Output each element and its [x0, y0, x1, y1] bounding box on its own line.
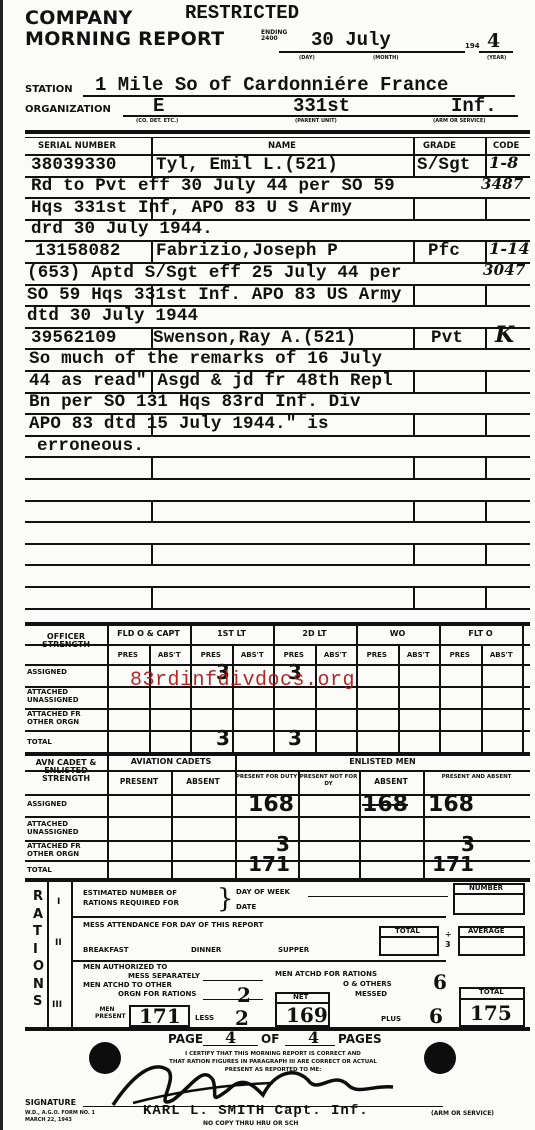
average-box-divider: [458, 936, 525, 938]
officer-grid-divider: [315, 644, 317, 752]
table-col-divider: [413, 586, 415, 608]
brace-icon: }: [217, 884, 234, 914]
atchd-other-line: [203, 999, 263, 1000]
entry-2-grade: Pfc: [428, 241, 460, 261]
men-present-value: 171: [139, 1004, 181, 1028]
enlisted-col-header: PRESENT FOR DUTY: [235, 774, 298, 781]
entry-3-remark-2: 44 as read" Asgd & jd fr 48th Repl: [29, 371, 393, 391]
entry-2-remark-2: SO 59 Hqs 331st Inf. APO 83 US Army: [27, 285, 402, 305]
table-row-rule: [25, 456, 530, 458]
enlisted-grid-rule: [25, 770, 530, 772]
officer-subcol-header: PRES: [356, 651, 398, 659]
col-code: CODE: [493, 141, 519, 151]
entry-1-grade: S/Sgt: [417, 155, 471, 175]
ending-label: ENDING 2400: [261, 30, 287, 42]
copy-note: NO COPY THRU HRU OR SCH: [203, 1120, 298, 1127]
signature-label: SIGNATURE: [25, 1098, 76, 1107]
officer-total-1stlt-pres: 3: [213, 726, 233, 750]
enlisted-assigned-absent-struck: 168: [355, 792, 415, 817]
aviation-cadets-header: AVIATION CADETS: [107, 758, 235, 766]
col-divider-3: [485, 137, 487, 155]
year-underline: [479, 51, 513, 53]
enlisted-col-header: PRESENT AND ABSENT: [423, 774, 530, 781]
number-box-divider: [453, 893, 525, 895]
table-col-divider: [413, 413, 415, 435]
rations-rule-1: [71, 916, 446, 918]
enlisted-strength-top-rule: [25, 752, 530, 756]
year-value: 4: [487, 30, 500, 52]
form-title-line2: MORNING REPORT: [25, 29, 224, 50]
caption-co: (CO. DET. ETC.): [136, 118, 178, 124]
enlisted-grid-divider: [359, 770, 361, 878]
officer-row-label: ASSIGNED: [27, 668, 105, 676]
atchd-other-label-line1: MEN ATCHD TO OTHER: [83, 981, 172, 989]
breakfast-label: BREAKFAST: [83, 946, 129, 954]
table-row-rule: [25, 500, 530, 502]
entry-1-serial: 38039330: [31, 155, 117, 175]
table-col-divider: [413, 500, 415, 522]
entry-1-remark-1: Rd to Pvt eff 30 July 44 per SO 59: [31, 176, 395, 196]
dinner-label: DINNER: [191, 946, 221, 954]
table-col-divider: [485, 370, 487, 392]
rations-section-1: I: [57, 897, 60, 907]
enlisted-grid-divider: [235, 754, 237, 878]
rations-bottom-rule: [25, 1027, 530, 1031]
table-col-divider: [151, 500, 153, 522]
table-col-divider: [485, 543, 487, 565]
officer-row-label: ATTACHED UNASSIGNED: [27, 688, 105, 704]
morning-report-page: COMPANY MORNING REPORT RESTRICTED ENDING…: [0, 0, 535, 1130]
grand-total-value: 175: [470, 1001, 512, 1025]
est-rations-line1: ESTIMATED NUMBER OF: [83, 888, 179, 898]
entry-1-remark-3: drd 30 July 1944.: [31, 219, 213, 239]
enlisted-grid-divider: [171, 770, 173, 878]
plus-value: 6: [429, 1004, 443, 1028]
table-col-divider: [485, 197, 487, 219]
entry-1-remark-code: 3487: [481, 175, 524, 193]
entry-3-remark-5: erroneous.: [37, 436, 144, 456]
caption-arm: (ARM OR SERVICE): [433, 118, 486, 124]
caption-parent: (PARENT UNIT): [295, 118, 337, 124]
est-rations-label: ESTIMATED NUMBER OF RATIONS REQUIRED FOR: [83, 888, 179, 908]
table-col-divider: [413, 370, 415, 392]
rations-rule-2: [71, 960, 446, 962]
authorized-label-line2: MESS SEPARATELY: [128, 972, 200, 980]
day-of-week-label: DAY OF WEEK: [236, 888, 290, 896]
entry-2-name: Fabrizio,Joseph P: [156, 241, 338, 261]
pages-underline: [285, 1045, 335, 1046]
entry-3-code: K: [495, 322, 514, 348]
officer-subcol-header: PRES: [439, 651, 481, 659]
table-top-rule-2: [25, 137, 530, 138]
table-row-rule: [25, 608, 530, 610]
atchd-other-label-line2: ORGN FOR RATIONS: [118, 990, 196, 998]
table-col-divider: [413, 240, 415, 262]
enlisted-row-label: ATTACHED FR OTHER ORGN: [27, 842, 105, 858]
average-label: AVERAGE: [468, 927, 504, 935]
table-col-divider: [485, 284, 487, 306]
entry-2-remark-1: (653) Aptd S/Sgt eff 25 July 44 per: [27, 263, 402, 283]
mess-attendance-label: MESS ATTENDANCE FOR DAY OF THIS REPORT: [83, 921, 263, 929]
plus-label: PLUS: [381, 1015, 401, 1023]
binder-hole-right: [424, 1042, 456, 1074]
entry-3-grade: Pvt: [431, 328, 463, 348]
number-label: NUMBER: [469, 884, 503, 892]
atchd-for-rations-value: 6: [433, 970, 447, 994]
enlisted-col-header: PRESENT NOT FOR DY: [298, 774, 359, 788]
entry-3-remark-4: APO 83 dtd 15 July 1944." is: [29, 414, 329, 434]
atchd-for-rations-line3: MESSED: [355, 990, 387, 998]
table-row-rule: [25, 564, 530, 566]
officer-subcol-header: PRES: [107, 651, 149, 659]
station-value: 1 Mile So of Cardonniére France: [95, 74, 448, 96]
officer-subcol-header: ABS'T: [149, 651, 191, 659]
rations-section-divider: [71, 880, 73, 1028]
date-underline: [279, 51, 465, 53]
table-col-divider: [485, 456, 487, 478]
table-col-divider: [413, 456, 415, 478]
entry-1-name: Tyl, Emil L.(521): [156, 155, 338, 175]
table-col-divider: [413, 197, 415, 219]
entry-1-code: 1-8: [489, 153, 519, 172]
entry-2-remark-code: 3047: [483, 261, 526, 279]
grand-total-box-divider: [459, 998, 525, 1000]
form-caption: W.D., A.G.O. FORM NO. 1 MARCH 22, 1943: [25, 1110, 95, 1124]
officer-grid-divider: [107, 626, 109, 752]
classification-label: RESTRICTED: [185, 2, 299, 24]
officer-subcol-header: PRES: [190, 651, 232, 659]
table-col-divider: [413, 284, 415, 306]
authorized-line: [203, 980, 263, 981]
officer-group-header: 1ST LT: [190, 630, 273, 638]
officer-group-header: 2D LT: [273, 630, 356, 638]
date-label: DATE: [236, 903, 256, 911]
col-serial-number: SERIAL NUMBER: [38, 141, 116, 151]
enlisted-men-header: ENLISTED MEN: [235, 758, 530, 766]
officer-grid-divider: [439, 626, 441, 752]
enlisted-row-label: TOTAL: [27, 866, 105, 874]
enlisted-col-header: ABSENT: [359, 778, 423, 785]
rations-section-2: II: [55, 938, 62, 948]
table-row-rule: [25, 478, 530, 480]
est-rations-line2: RATIONS REQUIRED FOR: [83, 898, 179, 908]
col-name: NAME: [268, 141, 296, 151]
enlisted-assigned-present-duty-value: 168: [248, 792, 294, 817]
table-col-divider: [485, 240, 487, 262]
mess-total-label: TOTAL: [395, 927, 420, 935]
page-label: PAGE: [168, 1032, 203, 1046]
mess-total-box-divider: [379, 936, 439, 938]
entry-2-serial: 13158082: [35, 241, 121, 261]
organization-arm: Inf.: [451, 95, 497, 117]
enlisted-col-header: ABSENT: [171, 778, 235, 785]
officer-grid-divider: [398, 644, 400, 752]
organization-company: E: [153, 95, 164, 117]
divide-by-three-label: ÷ 3: [445, 930, 455, 950]
table-col-divider: [485, 500, 487, 522]
table-col-divider: [485, 154, 487, 176]
organization-parent: 331st: [293, 95, 350, 117]
arm-caption: (ARM OR SERVICE): [431, 1110, 494, 1117]
table-col-divider: [413, 327, 415, 349]
less-label: LESS: [195, 1014, 214, 1022]
officer-subcol-header: PRES: [273, 651, 315, 659]
officer-subcol-header: ABS'T: [398, 651, 440, 659]
enlisted-row-label: ATTACHED UNASSIGNED: [27, 820, 105, 836]
table-col-divider: [485, 327, 487, 349]
officer-grid-rule: [25, 644, 530, 646]
officer-group-header: FLD O & CAPT: [107, 630, 190, 638]
entry-3-remark-1: So much of the remarks of 16 July: [29, 349, 382, 369]
officer-grid-rule: [25, 730, 530, 732]
table-col-divider: [413, 543, 415, 565]
ending-label-line2: 2400: [261, 36, 287, 42]
officer-grid-rule: [25, 664, 530, 666]
authorized-label-line1: MEN AUTHORIZED TO: [83, 963, 167, 971]
atchd-for-rations-line1: MEN ATCHD FOR RATIONS: [275, 970, 377, 978]
officer-subcol-header: ABS'T: [315, 651, 357, 659]
col-grade: GRADE: [423, 141, 456, 151]
net-label: NET: [293, 993, 308, 1001]
officer-grid-divider: [522, 626, 524, 752]
enlisted-total-present-duty: 171: [239, 852, 299, 876]
table-col-divider: [151, 543, 153, 565]
atchd-for-rations-line2: O & OTHERS: [343, 980, 392, 988]
rations-top-rule: [25, 878, 530, 882]
entry-2-code: 1-14: [489, 239, 530, 258]
officer-subcol-header: ABS'T: [232, 651, 274, 659]
table-row-rule: [25, 543, 530, 545]
day-of-week-line: [308, 896, 448, 897]
year-caption: (YEAR): [487, 55, 506, 61]
year-prefix: 194: [465, 42, 480, 50]
table-col-divider: [151, 586, 153, 608]
organization-label: ORGANIZATION: [25, 104, 111, 115]
net-value: 169: [286, 1003, 328, 1027]
table-col-divider: [151, 240, 153, 262]
officer-grid-divider: [149, 644, 151, 752]
enlisted-assigned-present-absent: 168: [421, 792, 481, 817]
officer-grid-divider: [481, 644, 483, 752]
col-divider-1: [151, 137, 153, 155]
men-present-label: MEN PRESENT: [95, 1006, 119, 1020]
enlisted-row-label: ASSIGNED: [27, 800, 105, 808]
officer-total-2dlt-pres: 3: [285, 726, 305, 750]
day-caption: (DAY): [299, 55, 315, 61]
grand-total-label: TOTAL: [479, 988, 504, 996]
officer-subcol-header: ABS'T: [481, 651, 523, 659]
rations-section-3: III: [52, 1000, 62, 1010]
table-top-rule: [25, 130, 530, 134]
signer-text: KARL L. SMITH Capt. Inf.: [143, 1103, 369, 1119]
rations-side-label: RATIONS: [33, 888, 43, 1011]
enlisted-assigned-present-duty: 168: [241, 792, 301, 817]
enlisted-col-header: PRESENT: [107, 778, 171, 785]
col-divider-2: [413, 137, 415, 155]
station-label: STATION: [25, 84, 73, 95]
entry-2-remark-3: dtd 30 July 1944: [27, 306, 198, 326]
entry-3-serial: 39562109: [31, 328, 117, 348]
table-col-divider: [151, 456, 153, 478]
table-col-divider: [485, 413, 487, 435]
officer-row-label: TOTAL: [27, 738, 105, 746]
month-caption: (MONTH): [373, 55, 399, 61]
table-row-rule: [25, 586, 530, 588]
officer-grid-divider: [356, 626, 358, 752]
enlisted-total-present-absent: 171: [423, 852, 483, 876]
entry-3-remark-3: Bn per SO 131 Hqs 83rd Inf. Div: [29, 392, 361, 412]
officer-strength-title: OFFICER STRENGTH: [25, 633, 107, 649]
rations-side-divider: [47, 880, 49, 1028]
entry-1-remark-2: Hqs 331st Inf, APO 83 U S Army: [31, 198, 352, 218]
entry-3-name: Swenson,Ray A.(521): [153, 328, 356, 348]
officer-group-header: FLT O: [439, 630, 522, 638]
officer-group-header: WO: [356, 630, 439, 638]
table-row-rule: [25, 521, 530, 523]
table-col-divider: [413, 154, 415, 176]
officer-row-label: ATTACHED FR OTHER ORGN: [27, 710, 105, 726]
report-date: 30 July: [311, 29, 391, 51]
of-label: OF: [261, 1032, 279, 1046]
table-col-divider: [151, 154, 153, 176]
page-underline: [203, 1045, 258, 1046]
form-caption-line2: MARCH 22, 1943: [25, 1117, 95, 1124]
watermark-text: 83rdinfdivdocs.org: [130, 669, 355, 692]
officer-strength-top-rule: [25, 622, 530, 626]
enlisted-assigned-present-absent-value: 168: [428, 792, 474, 817]
form-caption-line1: W.D., A.G.O. FORM NO. 1: [25, 1110, 95, 1117]
organization-underline: [123, 115, 518, 117]
table-col-divider: [485, 586, 487, 608]
atchd-other-value: 2: [237, 983, 251, 1007]
pages-label: PAGES: [338, 1032, 382, 1046]
enlisted-grid-divider: [107, 754, 109, 878]
supper-label: SUPPER: [278, 946, 309, 954]
